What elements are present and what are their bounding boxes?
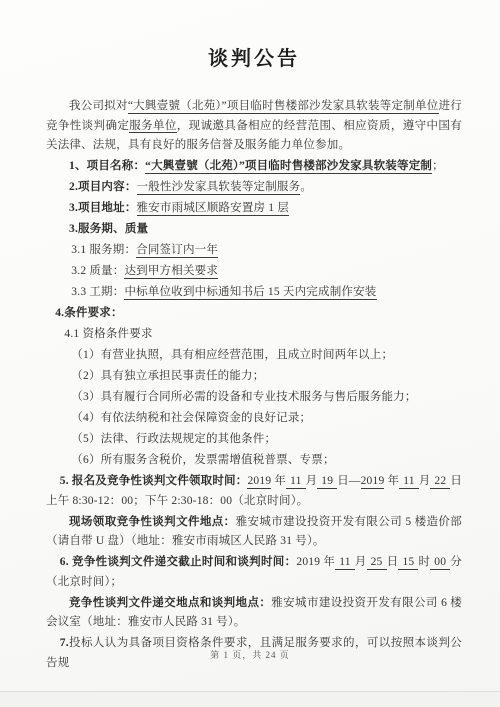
text-run: 2.项目内容： <box>69 181 137 193</box>
text-run: “大興壹號（北苑）”项目临时售楼部沙发家具软装等定制单位 <box>128 100 439 114</box>
text-run: （4）有依法纳税和社会保障资金的良好记录； <box>71 412 311 424</box>
text-run: 6. 竞争性谈判文件递交截止时间和谈判时间： <box>60 556 297 568</box>
text-run: 25 <box>367 556 387 570</box>
text-run: 2019 <box>361 475 385 489</box>
paragraph-item-4-1-qualification: 4.1 资格条件要求 <box>46 325 462 345</box>
paragraph-requirement-2: （2）具有独立承担民事责任的能力； <box>46 367 462 387</box>
paragraph-item-1-project-name: 1、项目名称：“大興壹號（北苑）”项目临时售楼部沙发家具软装等定制； <box>46 157 462 177</box>
paragraph-section-4-requirements: 4.条件要求： <box>46 304 462 324</box>
paragraph-item-2-project-content: 2.项目内容：一般性沙发家具软装等定制服务。 <box>46 178 462 198</box>
paragraph-requirement-6: （6）所有服务含税价，发票需增值税普票、专票； <box>46 451 462 471</box>
scan-background <box>0 692 500 707</box>
text-run: 11 <box>335 556 354 570</box>
text-run: 19 <box>317 475 337 489</box>
text-run: 5. 报名及竞争性谈判文件领取时间： <box>60 475 248 487</box>
scanned-document-page: 谈判公告 我公司拟对“大興壹號（北苑）”项目临时售楼部沙发家具软装等定制单位进行… <box>0 0 500 707</box>
text-run: 中标单位收到中标通知书后 15 天内完成制作安装 <box>124 286 376 300</box>
paragraph-requirement-5: （5）法律、行政法规规定的其他条件； <box>46 430 462 450</box>
text-run: （5）法律、行政法规规定的其他条件； <box>71 433 276 445</box>
text-run: 竞争性谈判文件递交地点和谈判地点： <box>69 597 271 609</box>
document-body: 我公司拟对“大興壹號（北苑）”项目临时售楼部沙发家具软装等定制单位进行竞争性谈判… <box>46 97 462 673</box>
page-title: 谈判公告 <box>46 42 462 71</box>
text-run: 达到甲方相关要求 <box>124 265 218 279</box>
text-run: “大興壹號（北苑）”项目临时售楼部沙发家具软装等定制 <box>145 160 432 174</box>
text-run: （6）所有服务含税价，发票需增值税普票、专票； <box>71 454 334 466</box>
text-run: 3.3 工期： <box>71 286 124 298</box>
paragraph-section-3-service-quality: 3.服务期、质量 <box>46 220 462 240</box>
text-run: 11 <box>399 475 418 489</box>
text-run: 4.条件要求： <box>55 307 123 319</box>
document-content: 谈判公告 我公司拟对“大興壹號（北苑）”项目临时售楼部沙发家具软装等定制单位进行… <box>0 0 500 673</box>
text-run: 一般性沙发家具软装等定制服务 <box>137 181 301 195</box>
paragraph-item-3-2-quality: 3.2 质量：达到甲方相关要求 <box>46 262 462 282</box>
text-run: 2019 <box>247 475 271 489</box>
paragraph-intro: 我公司拟对“大興壹號（北苑）”项目临时售楼部沙发家具软装等定制单位进行竞争性谈判… <box>46 97 462 156</box>
text-run: 00 <box>430 556 450 570</box>
paragraph-section-6-submission-deadline: 6. 竞争性谈判文件递交截止时间和谈判时间：2019 年11月25日15时00分… <box>46 553 462 592</box>
text-run: （1）有营业执照，具有相应经营范围，且成立时间两年以上； <box>71 349 393 361</box>
text-run: 4.1 资格条件要求 <box>64 328 152 340</box>
text-run: 月 <box>419 475 431 487</box>
text-run: 3.项目地址： <box>69 202 137 214</box>
text-run: 我公司拟对 <box>69 100 128 112</box>
text-run: 年 <box>384 475 399 487</box>
text-run: （2）具有独立承担民事责任的能力； <box>71 370 264 382</box>
text-run: 11 <box>286 475 305 489</box>
text-run: （3）具有履行合同所必需的设备和专业技术服务与售后服务能力； <box>71 391 416 403</box>
text-run: 22 <box>430 475 450 489</box>
paragraph-requirement-1: （1）有营业执照，具有相应经营范围，且成立时间两年以上； <box>46 346 462 366</box>
text-run: ； <box>432 160 444 172</box>
paragraph-requirement-3: （3）具有履行合同所必需的设备和专业技术服务与售后服务能力； <box>46 388 462 408</box>
text-run: 日— <box>337 475 360 487</box>
text-run: 年 <box>271 475 286 487</box>
paragraph-section-6-submission-location: 竞争性谈判文件递交地点和谈判地点：雅安城市建设投资开发有限公司 6 楼会议室（地… <box>46 594 462 633</box>
paragraph-section-5-pickup-location: 现场领取竞争性谈判文件地点：雅安城市建设投资开发有限公司 5 楼造价部（请自带 … <box>46 513 462 552</box>
text-run: 合同签订内一年 <box>136 244 218 258</box>
text-run: 。 <box>300 181 312 193</box>
text-run: 3.服务期、质量 <box>69 223 148 235</box>
text-run: 日 <box>387 556 399 568</box>
text-run: 时 <box>418 556 430 568</box>
text-run: 雅安市雨城区顺路安置房 1 层 <box>137 202 290 216</box>
paragraph-item-3-1-service-period: 3.1 服务期：合同签订内一年 <box>46 241 462 261</box>
page-number: 第 1 页，共 24 页 <box>0 648 500 661</box>
paragraph-requirement-4: （4）有依法纳税和社会保障资金的良好记录； <box>46 409 462 429</box>
paragraph-section-5-document-pickup-time: 5. 报名及竞争性谈判文件领取时间：2019 年11月19日—2019 年11月… <box>46 472 462 511</box>
text-run: 月 <box>355 556 367 568</box>
text-run: 1、项目名称： <box>69 160 145 172</box>
text-run: 2019 年 <box>296 556 335 568</box>
text-run: 3.2 质量： <box>71 265 124 277</box>
text-run: 3.1 服务期： <box>71 244 136 256</box>
text-run: 服务单位 <box>129 120 177 134</box>
text-run: 月 <box>306 475 318 487</box>
text-run: 15 <box>398 556 418 570</box>
paragraph-item-3-project-address: 3.项目地址：雅安市雨城区顺路安置房 1 层 <box>46 199 462 219</box>
text-run: 现场领取竞争性谈判文件地点： <box>69 516 236 528</box>
paragraph-item-3-3-schedule: 3.3 工期：中标单位收到中标通知书后 15 天内完成制作安装 <box>46 283 462 303</box>
